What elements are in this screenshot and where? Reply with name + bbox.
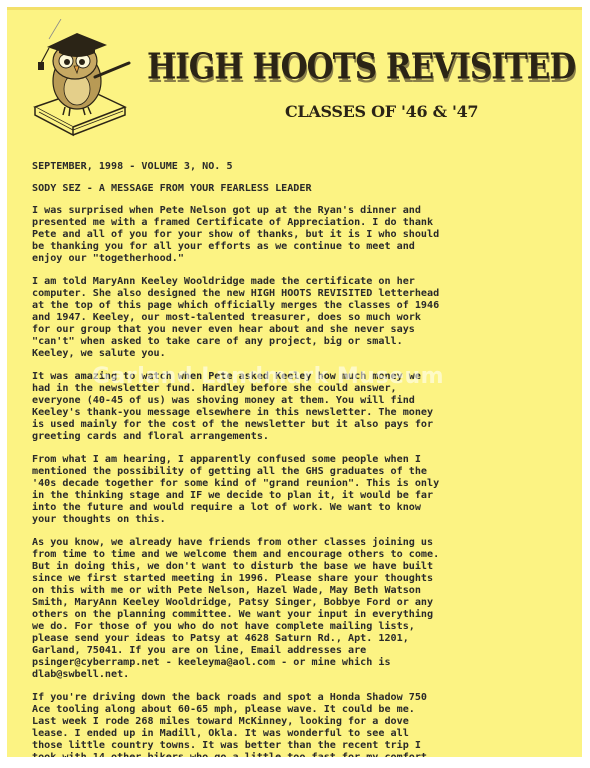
newsletter-subtitle: CLASSES OF '46 & '47 (285, 102, 478, 121)
newsletter-title: HIGH HOOTS REVISITED (147, 46, 577, 87)
newsletter-body: SEPTEMBER, 1998 - VOLUME 3, NO. 5 SODY S… (32, 161, 562, 757)
page-edge (7, 7, 582, 10)
paragraph: I was surprised when Pete Nelson got up … (32, 205, 562, 265)
paragraph: I am told MaryAnn Keeley Wooldridge made… (32, 276, 562, 360)
newsletter-page: HIGH HOOTS REVISITED CLASSES OF '46 & '4… (7, 7, 582, 757)
paragraph: If you're driving down the back roads an… (32, 692, 562, 757)
issue-line: SEPTEMBER, 1998 - VOLUME 3, NO. 5 (32, 161, 562, 173)
section-heading: SODY SEZ - A MESSAGE FROM YOUR FEARLESS … (32, 183, 562, 195)
watermark: Garland Landmark Museum (92, 364, 444, 389)
paragraph: From what I am hearing, I apparently con… (32, 454, 562, 526)
owl-graduate-on-book-icon (25, 19, 135, 139)
paragraph: As you know, we already have friends fro… (32, 537, 562, 681)
